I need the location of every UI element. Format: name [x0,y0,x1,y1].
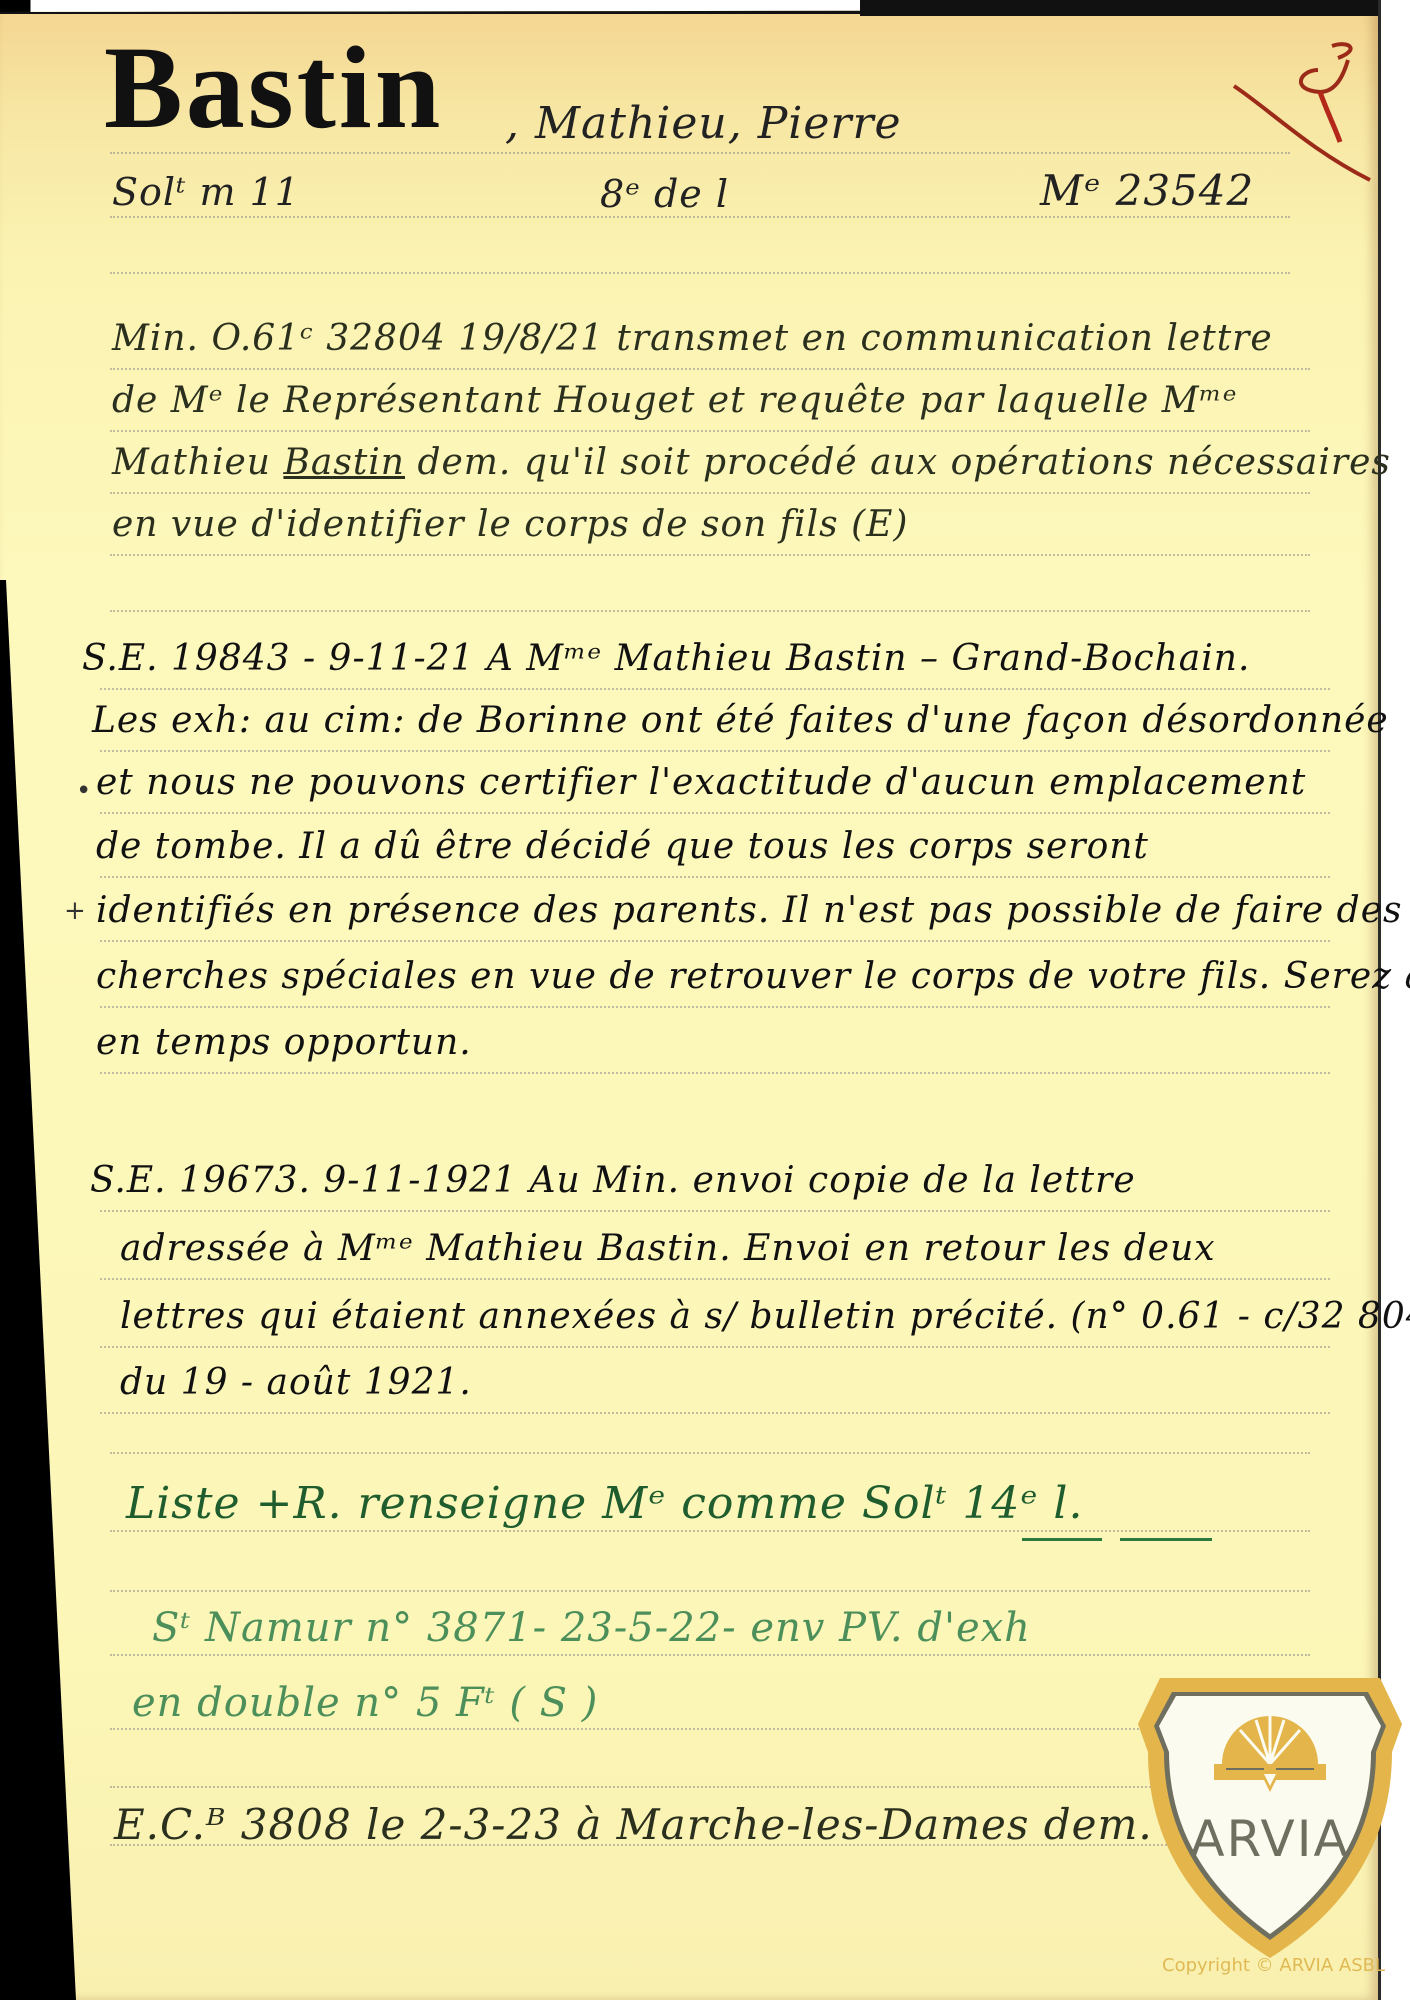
rule [100,940,1330,942]
entry-line: lettres qui étaient annexées à s/ bullet… [120,1296,1410,1337]
entry-line: adressée à Mᵐᵉ Mathieu Bastin. Envoi en … [120,1228,1216,1269]
entry-line: et nous ne pouvons certifier l'exactitud… [96,762,1306,803]
rule [110,492,1310,494]
scan-top-shadow [860,0,1378,16]
surname: Bastin [104,20,443,156]
entry-line: identifiés en présence des parents. Il n… [96,890,1410,931]
entry-line: de tombe. Il a dû être décidé que tous l… [96,826,1149,867]
entry-line: en vue d'identifier le corps de son fils… [112,504,908,545]
rule [110,368,1310,370]
underline-mark [1120,1538,1212,1541]
margin-dot: • [76,776,91,806]
rule [110,554,1310,556]
rule [110,1452,1310,1454]
given-names: , Mathieu, Pierre [505,98,902,149]
copyright-notice: Copyright © ARVIA ASBL [1162,1955,1385,1976]
rule [110,272,1290,274]
rule [110,610,1310,612]
rule [100,1346,1330,1348]
rank-unit: Solᵗ m 11 [112,170,300,214]
namur-exhumation-entry: Sᵗ Namur n° 3871- 23-5-22- env PV. d'exh [152,1605,1031,1651]
entry-line: du 19 - août 1921. [120,1362,472,1403]
rule [110,1654,1310,1656]
rule [100,688,1330,690]
entry-line: S.E. 19673. 9-11-1921 Au Min. envoi copi… [90,1160,1136,1201]
casualty-list-entry: Liste +R. renseigne Mᵉ comme Solᵗ 14ᵉ l. [126,1478,1083,1529]
red-check-mark-icon [1220,30,1380,190]
arvia-shield-logo-icon: ARVIA [1130,1668,1410,1968]
etat-civil-entry: E.C.ᴮ 3808 le 2-3-23 à Marche-les-Dames … [114,1800,1252,1849]
rule [110,1530,1310,1532]
underlined-name: Bastin [283,442,405,483]
entry-line: Les exh: au cim: de Borinne ont été fait… [92,700,1389,741]
rule [100,1210,1330,1212]
rule [100,1278,1330,1280]
rule [110,1590,1310,1592]
entry-line: de Mᵉ le Représentant Houget et requête … [112,380,1238,421]
entry-line: Mathieu Bastin dem. qu'il soit procédé a… [112,442,1391,483]
watermark-brand: ARVIA [1190,1810,1349,1868]
rule [110,430,1310,432]
underline-mark [1022,1538,1102,1541]
rule [100,1072,1330,1074]
entry-line: S.E. 19843 - 9-11-21 A Mᵐᵉ Mathieu Basti… [82,638,1250,679]
entry-line: cherches spéciales en vue de retrouver l… [96,956,1410,997]
rule [110,216,1290,218]
entry-line: en temps opportun. [96,1022,472,1063]
margin-dot: + [64,896,86,926]
rule [100,812,1330,814]
rule [100,876,1330,878]
rule [100,750,1330,752]
rule [100,1412,1330,1414]
rule [100,1006,1330,1008]
entry-line: Min. O.61ᶜ 32804 19/8/21 transmet en com… [112,318,1273,359]
regiment: 8ᵉ de l [600,172,729,216]
namur-exhumation-entry: en double n° 5 Fᵗ ( S ) [132,1680,598,1726]
